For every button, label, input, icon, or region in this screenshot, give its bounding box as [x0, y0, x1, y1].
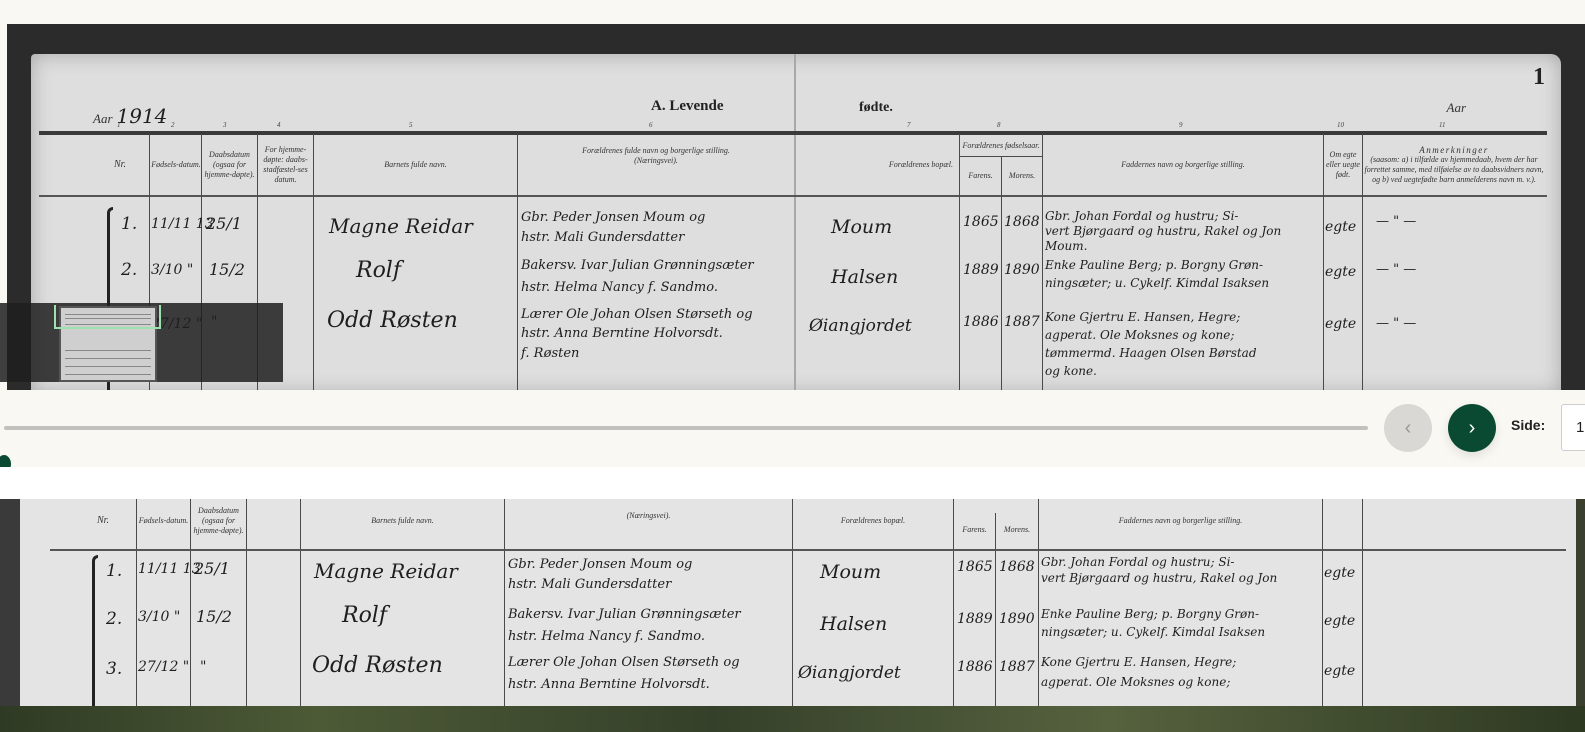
header-anmerkninger: Anmerkninger (saasom: a) i tilfælde av h… [1364, 136, 1544, 194]
header-nr: Nr. [91, 136, 149, 194]
row-born: 11/11 13 [151, 216, 214, 232]
minimap-navigator[interactable] [0, 303, 283, 382]
preview-row-nr: 2. [106, 609, 122, 629]
preview-row-child: Odd Røsten [312, 653, 443, 678]
preview-row-sponsors: agperat. Ole Moksnes og kone; [1041, 675, 1230, 689]
row-father-year: 1865 [963, 214, 999, 230]
preview-row-born: 11/11 13 [138, 561, 201, 577]
row-mother-year: 1890 [1004, 262, 1040, 278]
header-anmerkninger-text: (saasom: a) i tilfælde av hjemmedaab, hv… [1364, 155, 1544, 185]
row-legit: egte [1325, 264, 1356, 280]
row-sponsors: Kone Gjertru E. Hansen, Hegre; [1045, 310, 1240, 324]
col-num: 10 [1337, 121, 1344, 129]
year-label: Aar [93, 111, 113, 126]
row-legit: egte [1325, 219, 1356, 235]
row-sponsors: Moum. [1045, 239, 1087, 253]
row-mother-year: 1868 [1004, 214, 1040, 230]
preview-row-nr: 1. [106, 561, 122, 581]
col-num: 7 [907, 121, 911, 129]
next-page-button[interactable]: › [1448, 404, 1496, 452]
header-foreldrenes-navn-sub: (Næringsvei). [634, 156, 678, 166]
preview-register-page: Nr. Fødsels-datum. Daabsdatum (ogsaa for… [20, 499, 1576, 707]
preview-header-bopael: Forældrenes bopæl. [793, 499, 953, 543]
row-nr: 2. [121, 260, 137, 280]
col-num: 1 [117, 121, 121, 129]
header-fodselsaar: Forældrenes fødselsaar. [960, 136, 1042, 156]
preview-row-baptized: 25/1 [194, 559, 230, 578]
row-sponsors: Gbr. Johan Fordal og hustru; Si- [1045, 209, 1239, 223]
year-label-right: Aar [1447, 100, 1467, 116]
row-parents: Gbr. Peder Jonsen Moum og [521, 210, 705, 225]
col-divider [1362, 134, 1363, 390]
row-residence: Halsen [831, 266, 898, 288]
title-right: fødte. [859, 100, 893, 116]
row-residence: Moum [831, 216, 892, 238]
preview-row-legit: egte [1324, 565, 1355, 581]
row-sponsors: tømmermd. Haagen Olsen Børstad [1045, 346, 1257, 360]
row-baptized: 15/2 [209, 260, 245, 279]
header-anmerkninger-title: Anmerkninger [1419, 145, 1489, 155]
row-remarks: — " — [1376, 214, 1416, 229]
preview-row-nr: 3. [106, 659, 122, 679]
spacer [0, 467, 1585, 499]
row-parents: hstr. Helma Nancy f. Sandmo. [521, 280, 718, 295]
header-foreldrenes-navn-text: Forældrenes fulde navn og borgerlige sti… [582, 146, 730, 156]
preview-header-morens: Morens. [996, 517, 1038, 543]
header-rule-top [39, 131, 1547, 135]
row-nr: 1. [121, 214, 137, 234]
header-rule-bottom [39, 195, 1547, 197]
col-num: 11 [1439, 121, 1445, 129]
preview-header-nr: Nr. [70, 499, 136, 543]
preview-header-farens: Farens. [954, 517, 995, 543]
preview-header-daabsdatum: Daabsdatum (ogsaa for hjemme-døpte). [191, 499, 246, 543]
col-num: 4 [277, 121, 281, 129]
preview-row-baptized: 15/2 [196, 607, 232, 626]
chevron-left-icon: ‹ [1405, 417, 1412, 440]
row-parents: Bakersv. Ivar Julian Grønningsæter [521, 258, 754, 273]
preview-row-legit: egte [1324, 613, 1355, 629]
page-number-input[interactable] [1561, 404, 1585, 451]
background-foliage [0, 706, 1585, 732]
preview-row-residence: Øiangjordet [798, 663, 901, 683]
preview-row-residence: Moum [820, 561, 881, 583]
row-parents: f. Røsten [521, 346, 579, 361]
row-sponsors: ningsæter; u. Cykelf. Kimdal Isaksen [1045, 276, 1269, 290]
row-residence: Øiangjordet [809, 316, 912, 336]
previous-page-button[interactable]: ‹ [1384, 404, 1432, 452]
pagination-controls: ‹ › Side: [0, 390, 1585, 467]
preview-row-sponsors: vert Bjørgaard og hustru, Rakel og Jon [1041, 571, 1277, 585]
row-child-name: Odd Røsten [327, 308, 458, 333]
preview-row-father-year: 1865 [957, 559, 993, 575]
header-hjemmedopte: For hjemme-døpte: daabs-stadfæstel-ses d… [258, 136, 313, 194]
preview-header-naeringsvei: (Næringsvei). [505, 499, 792, 533]
preview-row-child: Magne Reidar [314, 559, 458, 583]
preview-edge [0, 499, 20, 707]
preview-row-parents: hstr. Anna Berntine Holvorsdt. [508, 677, 710, 692]
col-num: 6 [649, 121, 653, 129]
printed-page-number: 1 [1533, 64, 1545, 91]
title-left: A. Levende [651, 98, 724, 115]
page-label: Side: [1511, 417, 1545, 433]
preview-row-born: 27/12 " [138, 659, 189, 675]
header-egte: Om egte eller uegte født. [1324, 136, 1362, 194]
preview-row-father-year: 1889 [957, 611, 993, 627]
header-morens: Morens. [1002, 157, 1042, 194]
preview-header-faddernes: Faddernes navn og borgerlige stilling. [1039, 499, 1322, 543]
preview-row-father-year: 1886 [957, 659, 993, 675]
preview-row-legit: egte [1324, 663, 1355, 679]
header-bopael: Forældrenes bopæl. [797, 136, 959, 194]
header-daabsdatum: Daabsdatum (ogsaa for hjemme-døpte). [202, 136, 257, 194]
header-fodselsdatum: Fødsels-datum. [151, 136, 201, 194]
preview-row-born: 3/10 " [138, 609, 180, 625]
book-spine [794, 54, 796, 390]
row-child-name: Magne Reidar [329, 214, 473, 238]
row-sponsors: vert Bjørgaard og hustru, Rakel og Jon [1045, 224, 1281, 238]
row-baptized: 25/1 [206, 214, 242, 233]
preview-row-child: Rolf [342, 603, 387, 628]
row-remarks: — " — [1376, 316, 1416, 331]
row-parents: Lærer Ole Johan Olsen Størseth og [521, 307, 753, 322]
row-child-name: Rolf [356, 258, 401, 283]
header-foreldrenes-navn: Forældrenes fulde navn og borgerlige sti… [518, 136, 794, 176]
minimap-viewport-frame[interactable] [54, 305, 161, 329]
col-num: 9 [1179, 121, 1183, 129]
row-father-year: 1886 [963, 314, 999, 330]
page-slider-track[interactable] [4, 426, 1368, 430]
col-num: 5 [409, 121, 413, 129]
row-father-year: 1889 [963, 262, 999, 278]
preview-row-parents: hstr. Helma Nancy f. Sandmo. [508, 629, 705, 644]
year-value: 1914 [117, 104, 168, 128]
preview-header-fodselsdatum: Fødsels-datum. [137, 499, 190, 543]
preview-row-baptized: " [200, 659, 206, 675]
col-num: 8 [997, 121, 1001, 129]
preview-row-sponsors: Enke Pauline Berg; p. Borgny Grøn- [1041, 607, 1259, 621]
row-parents: hstr. Mali Gundersdatter [521, 230, 684, 245]
row-sponsors: og kone. [1045, 364, 1097, 378]
chevron-right-icon: › [1469, 417, 1476, 440]
header-barnets-navn: Barnets fulde navn. [314, 136, 517, 194]
header-farens: Farens. [960, 157, 1001, 194]
preview-row-parents: hstr. Mali Gundersdatter [508, 577, 671, 592]
preview-header-barnets-navn: Barnets fulde navn. [301, 499, 504, 543]
row-sponsors: agperat. Ole Moksnes og kone; [1045, 328, 1234, 342]
preview-row-sponsors: Kone Gjertru E. Hansen, Hegre; [1041, 655, 1236, 669]
row-parents: hstr. Anna Berntine Holvorsdt. [521, 326, 723, 341]
preview-row-parents: Lærer Ole Johan Olsen Størseth og [508, 655, 740, 670]
preview-row-sponsors: ningsæter; u. Cykelf. Kimdal Isaksen [1041, 625, 1265, 639]
preview-row-sponsors: Gbr. Johan Fordal og hustru; Si- [1041, 555, 1235, 569]
preview-row-parents: Gbr. Peder Jonsen Moum og [508, 557, 692, 572]
preview-row-parents: Bakersv. Ivar Julian Grønningsæter [508, 607, 741, 622]
preview-row-mother-year: 1887 [999, 659, 1035, 675]
row-born: 3/10 " [151, 262, 193, 278]
col-num: 3 [223, 121, 227, 129]
col-num: 2 [171, 121, 175, 129]
preview-row-residence: Halsen [820, 613, 887, 635]
header-faddernes: Faddernes navn og borgerlige stilling. [1043, 136, 1323, 194]
year-heading: Aar1914 [93, 104, 167, 128]
preview-row-mother-year: 1890 [999, 611, 1035, 627]
row-legit: egte [1325, 316, 1356, 332]
row-sponsors: Enke Pauline Berg; p. Borgny Grøn- [1045, 258, 1263, 272]
document-preview-lower: Nr. Fødsels-datum. Daabsdatum (ogsaa for… [0, 499, 1585, 732]
row-mother-year: 1887 [1004, 314, 1040, 330]
row-remarks: — " — [1376, 262, 1416, 277]
preview-row-mother-year: 1868 [999, 559, 1035, 575]
